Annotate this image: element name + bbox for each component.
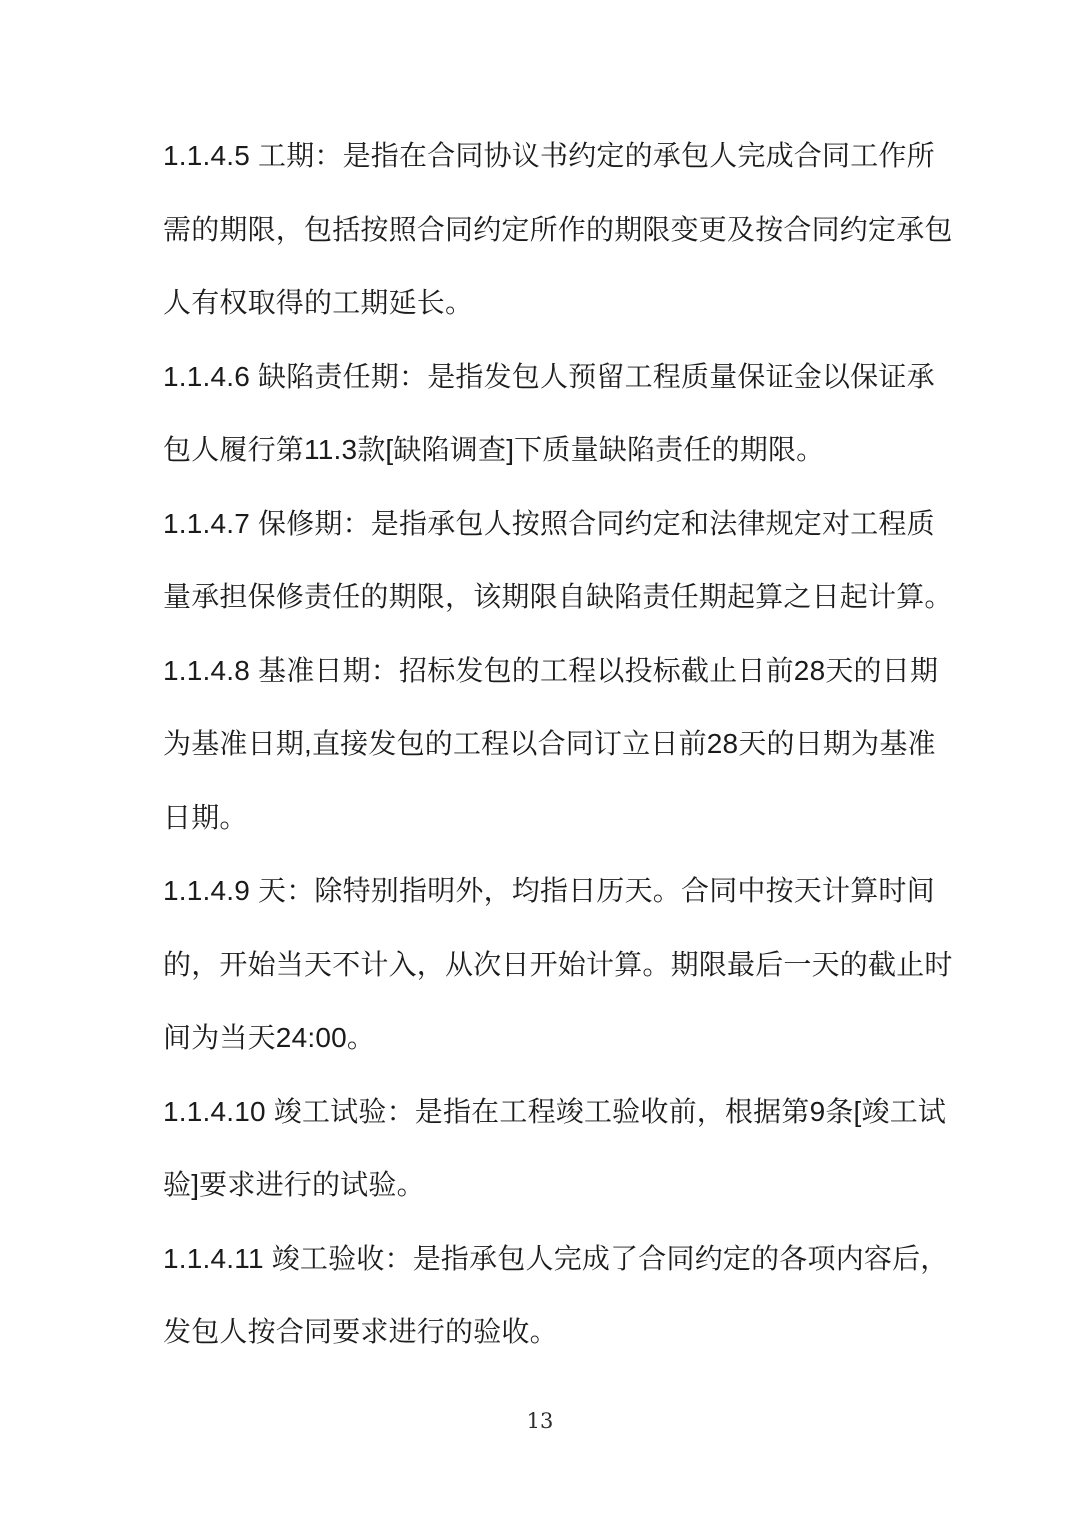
text-line: 量承担保修责任的期限，该期限自缺陷责任期起算之日起计算。 bbox=[163, 560, 933, 634]
text-line: 1.1.4.6 缺陷责任期：是指发包人预留工程质量保证金以保证承 bbox=[163, 340, 933, 414]
clause-paragraph-1-1-4-11: 1.1.4.11 竣工验收：是指承包人完成了合同约定的各项内容后， 发包人按合同… bbox=[163, 1222, 933, 1369]
text-line: 人有权取得的工期延长。 bbox=[163, 266, 933, 340]
text-line: 1.1.4.10 竣工试验：是指在工程竣工验收前，根据第9条[竣工试 bbox=[163, 1075, 933, 1149]
text-line: 验]要求进行的试验。 bbox=[163, 1148, 933, 1222]
text-line: 需的期限，包括按照合同约定所作的期限变更及按合同约定承包 bbox=[163, 193, 933, 267]
text-line: 1.1.4.11 竣工验收：是指承包人完成了合同约定的各项内容后， bbox=[163, 1222, 933, 1296]
clause-text-block: 1.1.4.5 工期：是指在合同协议书约定的承包人完成合同工作所 需的期限，包括… bbox=[163, 119, 933, 1369]
page-number: 13 bbox=[0, 1406, 1080, 1436]
clause-paragraph-1-1-4-8: 1.1.4.8 基准日期：招标发包的工程以投标截止日前28天的日期 为基准日期,… bbox=[163, 634, 933, 855]
text-line: 1.1.4.8 基准日期：招标发包的工程以投标截止日前28天的日期 bbox=[163, 634, 933, 708]
text-line: 发包人按合同要求进行的验收。 bbox=[163, 1295, 933, 1369]
text-line: 1.1.4.5 工期：是指在合同协议书约定的承包人完成合同工作所 bbox=[163, 119, 933, 193]
text-line: 包人履行第11.3款[缺陷调查]下质量缺陷责任的期限。 bbox=[163, 413, 933, 487]
text-line: 间为当天24:00。 bbox=[163, 1001, 933, 1075]
clause-paragraph-1-1-4-7: 1.1.4.7 保修期：是指承包人按照合同约定和法律规定对工程质 量承担保修责任… bbox=[163, 487, 933, 634]
text-line: 为基准日期,直接发包的工程以合同订立日前28天的日期为基准 bbox=[163, 707, 933, 781]
text-line: 1.1.4.9 天：除特别指明外，均指日历天。合同中按天计算时间 bbox=[163, 854, 933, 928]
clause-paragraph-1-1-4-5: 1.1.4.5 工期：是指在合同协议书约定的承包人完成合同工作所 需的期限，包括… bbox=[163, 119, 933, 340]
text-line: 的，开始当天不计入，从次日开始计算。期限最后一天的截止时 bbox=[163, 928, 933, 1002]
document-page: 1.1.4.5 工期：是指在合同协议书约定的承包人完成合同工作所 需的期限，包括… bbox=[0, 0, 1080, 1527]
text-line: 日期。 bbox=[163, 781, 933, 855]
clause-paragraph-1-1-4-9: 1.1.4.9 天：除特别指明外，均指日历天。合同中按天计算时间 的，开始当天不… bbox=[163, 854, 933, 1075]
text-line: 1.1.4.7 保修期：是指承包人按照合同约定和法律规定对工程质 bbox=[163, 487, 933, 561]
clause-paragraph-1-1-4-10: 1.1.4.10 竣工试验：是指在工程竣工验收前，根据第9条[竣工试 验]要求进… bbox=[163, 1075, 933, 1222]
clause-paragraph-1-1-4-6: 1.1.4.6 缺陷责任期：是指发包人预留工程质量保证金以保证承 包人履行第11… bbox=[163, 340, 933, 487]
